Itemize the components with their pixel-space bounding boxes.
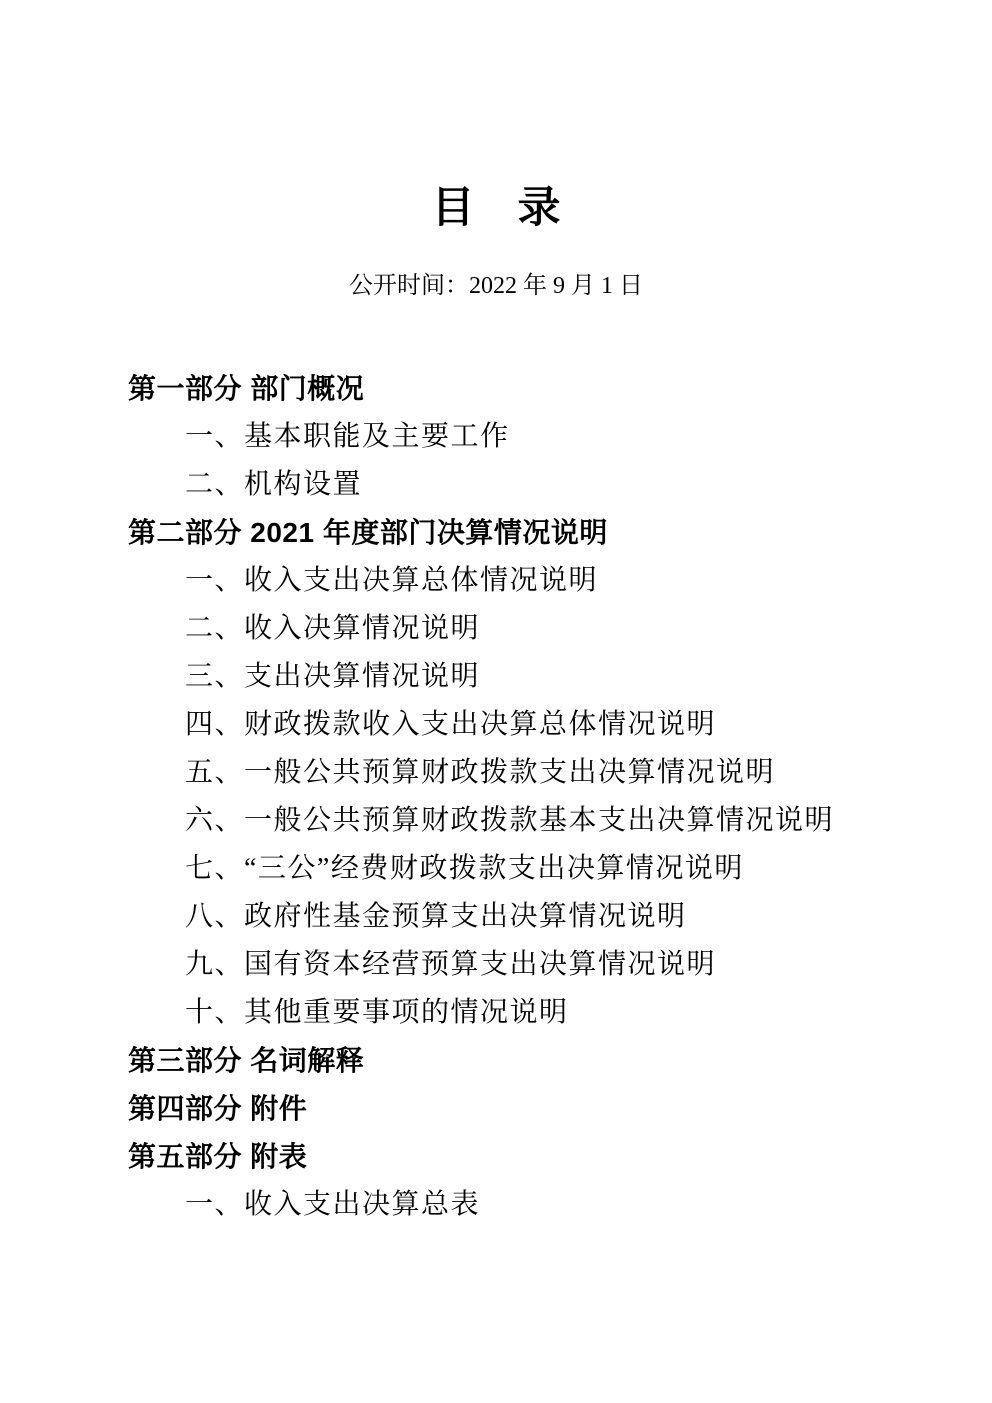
- page-title: 目 录: [0, 0, 992, 230]
- toc-item-part2-8: 八、政府性基金预算支出决算情况说明: [0, 893, 992, 941]
- toc-item-part2-5: 五、一般公共预算财政拨款支出决算情况说明: [0, 749, 992, 797]
- toc-item-part2-3: 三、支出决算情况说明: [0, 653, 992, 701]
- toc-item-part2-2: 二、收入决算情况说明: [0, 605, 992, 653]
- publish-date: 公开时间：2022 年 9 月 1 日: [0, 272, 992, 301]
- toc-section-part2: 第二部分 2021 年度部门决算情况说明: [0, 509, 992, 557]
- toc-item-part1-2: 二、机构设置: [0, 461, 992, 509]
- toc-section-part5: 第五部分 附表: [0, 1133, 992, 1181]
- toc-item-part2-4: 四、财政拨款收入支出决算总体情况说明: [0, 701, 992, 749]
- toc-item-part5-1: 一、收入支出决算总表: [0, 1181, 992, 1229]
- toc-item-part2-7: 七、“三公”经费财政拨款支出决算情况说明: [0, 845, 992, 893]
- toc-item-part2-1: 一、收入支出决算总体情况说明: [0, 557, 992, 605]
- toc-item-part2-10: 十、其他重要事项的情况说明: [0, 989, 992, 1037]
- toc-section-part3: 第三部分 名词解释: [0, 1037, 992, 1085]
- toc-item-part2-9: 九、国有资本经营预算支出决算情况说明: [0, 941, 992, 989]
- document-page: 目 录 公开时间：2022 年 9 月 1 日 第一部分 部门概况 一、基本职能…: [0, 0, 992, 1403]
- toc-section-part1: 第一部分 部门概况: [0, 365, 992, 413]
- toc-section-part4: 第四部分 附件: [0, 1085, 992, 1133]
- toc-item-part2-6: 六、一般公共预算财政拨款基本支出决算情况说明: [0, 797, 992, 845]
- table-of-contents: 第一部分 部门概况 一、基本职能及主要工作 二、机构设置 第二部分 2021 年…: [0, 365, 992, 1229]
- toc-item-part1-1: 一、基本职能及主要工作: [0, 413, 992, 461]
